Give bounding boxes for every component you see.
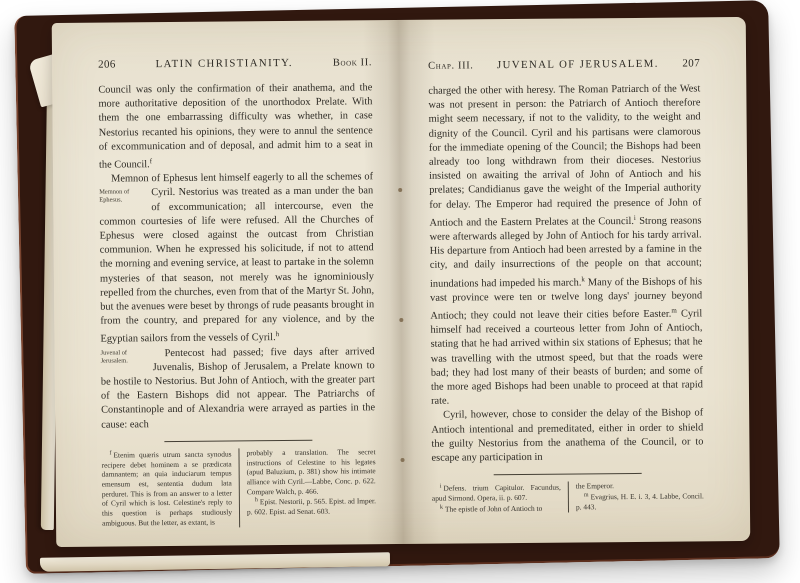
footnote-marker: k: [440, 504, 443, 510]
paragraph: Memnon of Ephesus lent himself eagerly t…: [99, 170, 375, 347]
right-running-head: Chap. III. JUVENAL OF JERUSALEM. 207: [428, 57, 700, 71]
footnote-marker: i: [440, 484, 442, 490]
footnote: kThe epistle of John of Antioch to: [432, 502, 561, 514]
binding-stitch: [398, 188, 402, 192]
right-footnote-column-1: iDefens. trium Capitulor. Facundus, apud…: [432, 482, 568, 514]
book-photograph: 206 LATIN CHRISTIANITY. Book II. Council…: [0, 0, 800, 583]
paragraph: Cyril, however, chose to consider the de…: [431, 407, 703, 466]
footnote: iDefens. trium Capitulor. Facundus, apud…: [432, 482, 561, 504]
footnote-continuation: probably a translation. The secret instr…: [246, 447, 375, 497]
right-running-title: JUVENAL OF JERUSALEM.: [497, 58, 659, 71]
footnote: fEtenim quæris utrum sancta synodus reci…: [101, 448, 232, 528]
margin-note-memnon: Memnon of Ephesus.: [99, 189, 144, 205]
right-footnotes: iDefens. trium Capitulor. Facundus, apud…: [432, 481, 704, 514]
right-page-number: 207: [682, 57, 700, 69]
left-footnote-column-2: probably a translation. The secret instr…: [238, 447, 376, 527]
footnote: hEpist. Nestorii, p. 565. Epist. ad Impe…: [247, 496, 376, 518]
margin-note-juvenal: Juvenal of Jerusalem.: [101, 349, 146, 365]
paragraph: Pentecost had passed; five days after ar…: [101, 345, 376, 433]
footnote-marker: m: [584, 492, 589, 498]
footnote-marker: h: [255, 498, 258, 504]
right-footnote-column-2: the Emperor. mEvagrius, H. E. i. 3, 4. L…: [568, 481, 704, 513]
right-chapter-label: Chap. III.: [428, 60, 473, 71]
right-page: Chap. III. JUVENAL OF JERUSALEM. 207 cha…: [399, 17, 751, 544]
footnote-marker: f: [109, 450, 111, 456]
right-body-text: charged the other with heresy. The Roman…: [428, 82, 703, 466]
paragraph: Council was only the confirmation of the…: [98, 81, 373, 173]
footnote-reference: h: [276, 331, 280, 339]
left-footnotes: fEtenim quæris utrum sancta synodus reci…: [101, 447, 376, 528]
left-page: 206 LATIN CHRISTIANITY. Book II. Council…: [52, 20, 404, 547]
left-body-text: Council was only the confirmation of the…: [98, 81, 375, 432]
left-book-label: Book II.: [333, 57, 372, 68]
open-page-spread: 206 LATIN CHRISTIANITY. Book II. Council…: [52, 17, 751, 547]
left-page-number: 206: [98, 58, 116, 70]
paragraph: charged the other with heresy. The Roman…: [428, 82, 703, 409]
footnote-reference: f: [150, 157, 152, 165]
binding-stitch: [401, 458, 405, 462]
left-running-head: 206 LATIN CHRISTIANITY. Book II.: [98, 56, 372, 70]
binding-stitch: [399, 318, 403, 322]
left-footnote-column-1: fEtenim quæris utrum sancta synodus reci…: [101, 448, 239, 528]
footnote: mEvagrius, H. E. i. 3, 4. Labbe, Concil.…: [576, 490, 704, 512]
left-running-title: LATIN CHRISTIANITY.: [156, 57, 293, 70]
left-footnote-rule: [164, 440, 312, 442]
right-footnote-rule: [494, 473, 642, 475]
